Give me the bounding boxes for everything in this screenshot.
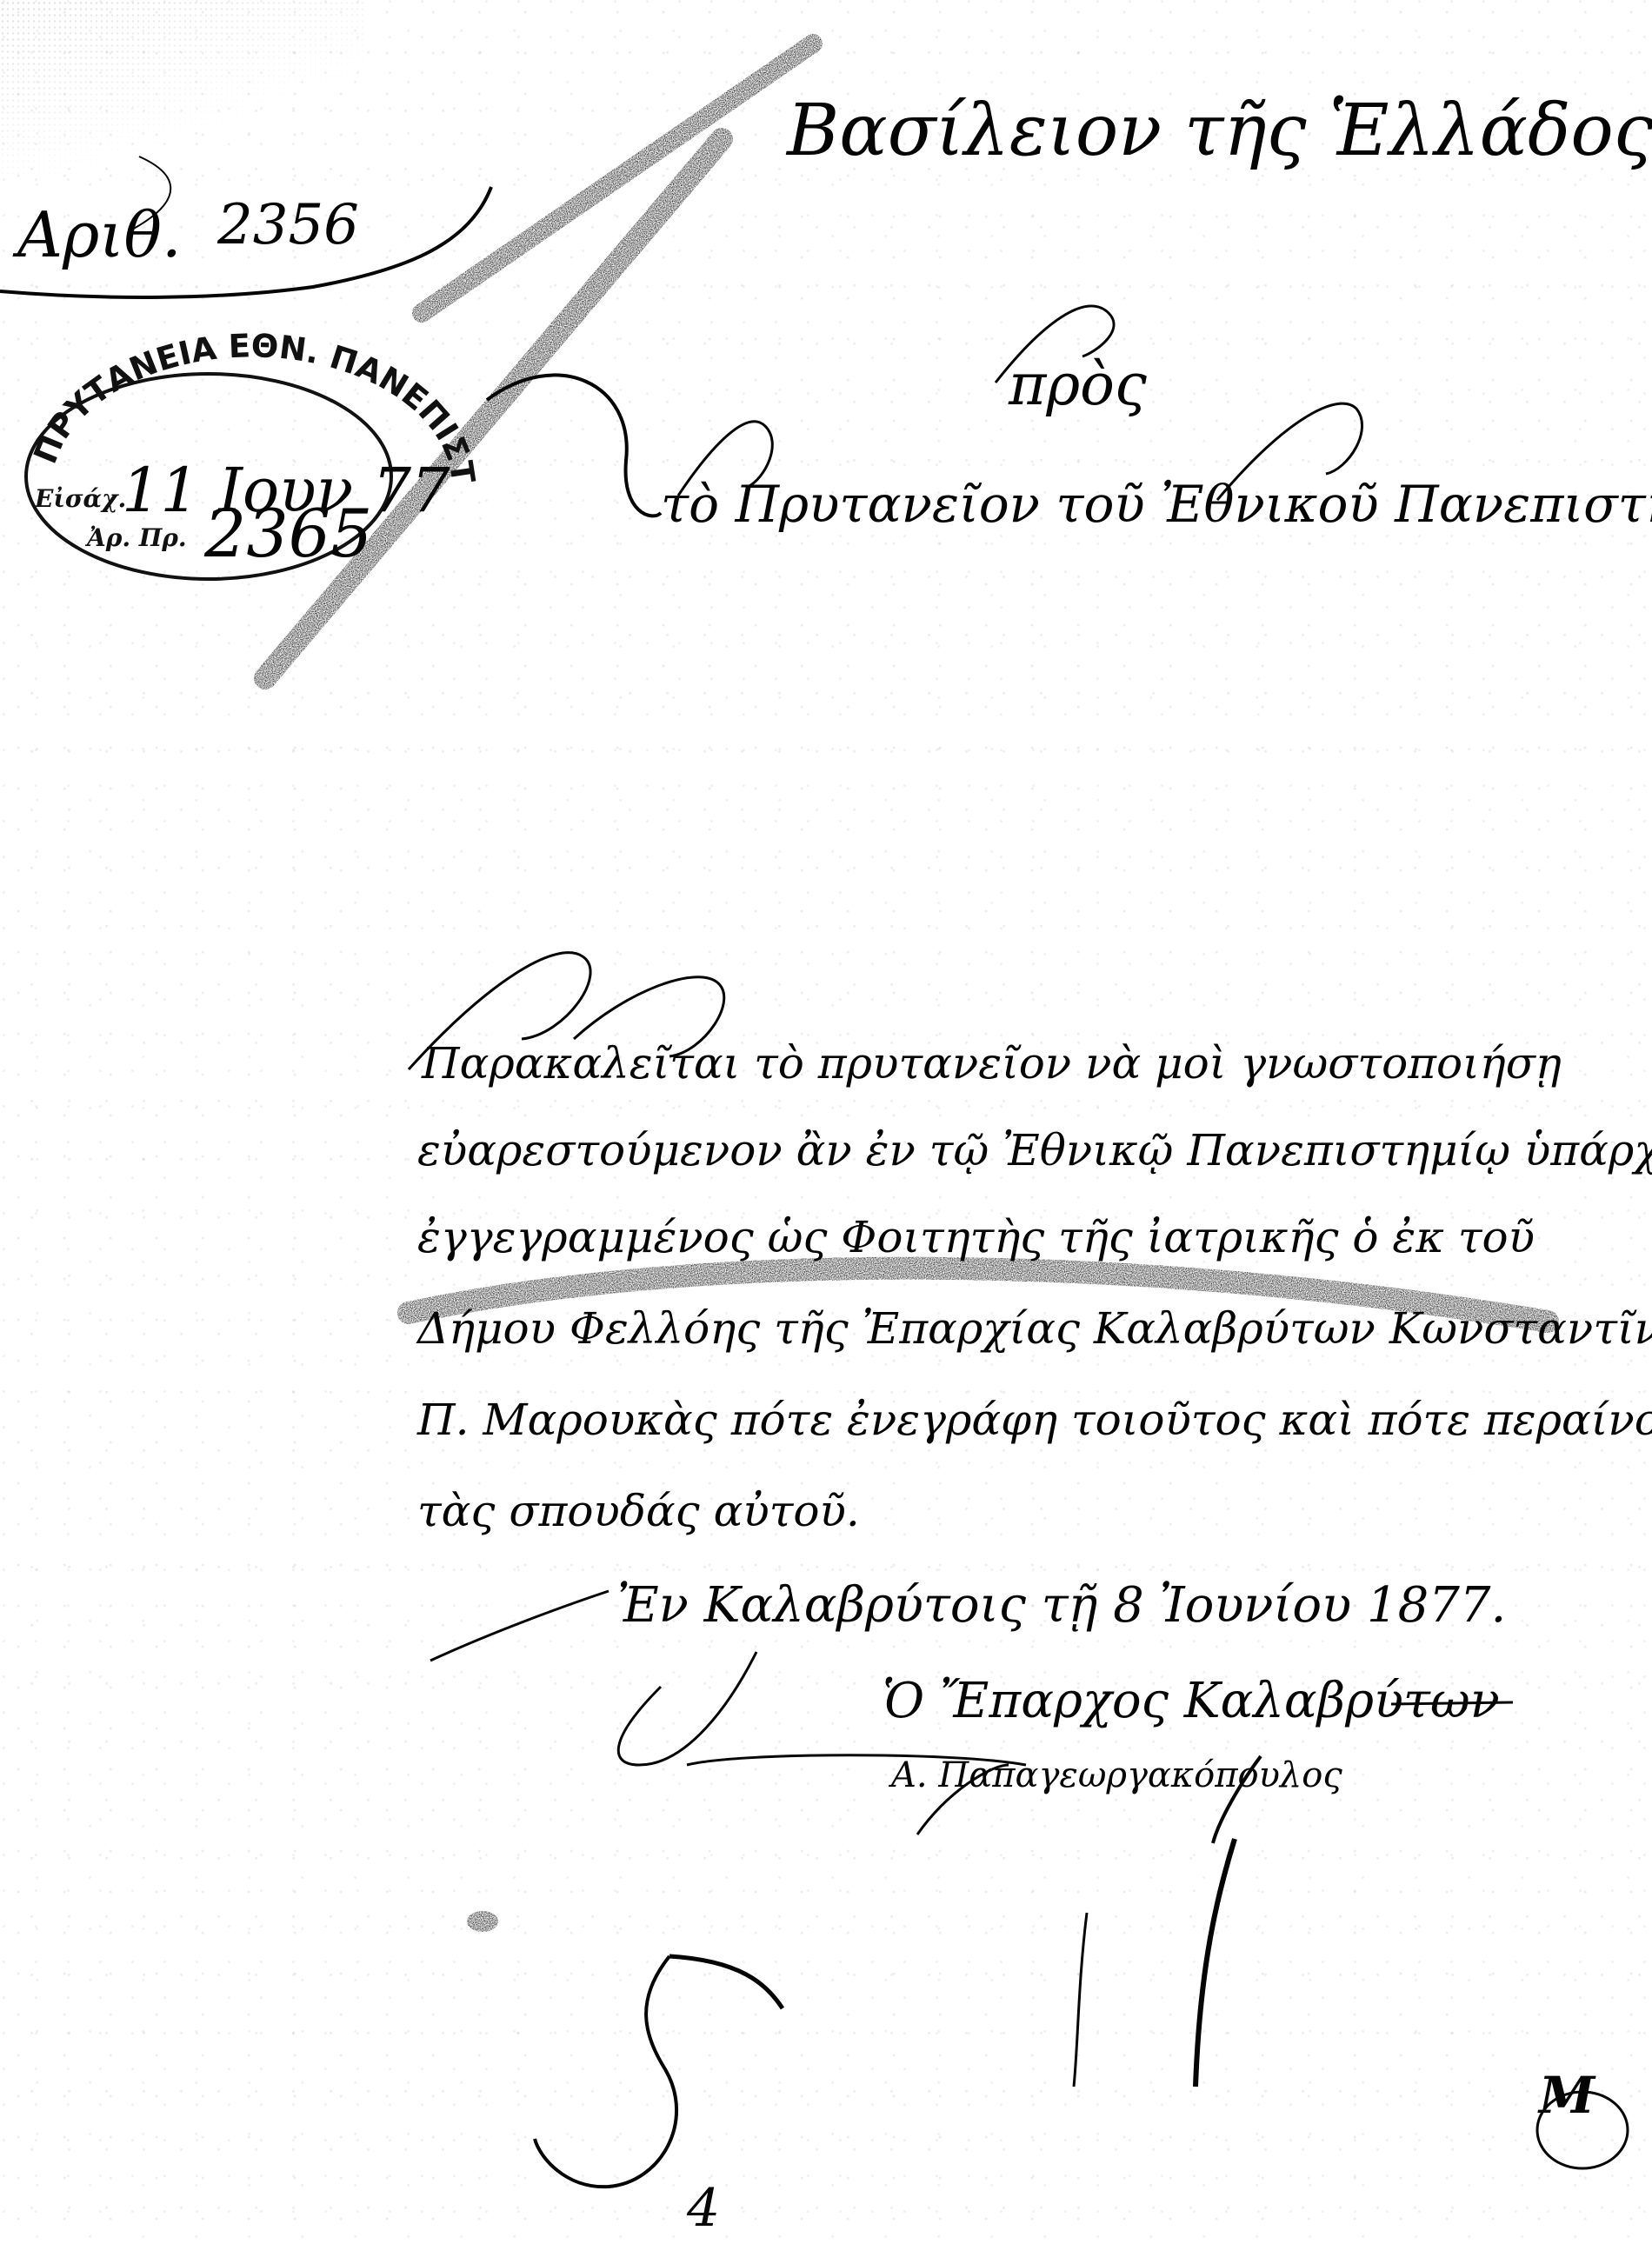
header-recipient: τὸ Πρυτανεῖον τοῦ Ἐθνικοῦ Πανεπιστημίου — [661, 475, 1652, 534]
initials-mark: Μ — [1537, 2066, 1596, 2125]
body-line-2: εὐαρεστούμενον ἂν ἐν τῷ Ἐθνικῷ Πανεπιστη… — [417, 1125, 1652, 1175]
marginalia: 4 Μ — [535, 1956, 1628, 2239]
stamp-received-label: Εἰσάχ. — [34, 484, 126, 513]
reference-number: Αριθ. 2356 — [0, 156, 491, 297]
ink-layer: Αριθ. 2356 ΠΡΥΤΑΝΕΙΑ ΕΘΝ. ΠΑΝΕΠΙΣΤ. Εἰσά… — [0, 0, 1652, 2244]
signatory-title: Ὁ Ἔπαρχος Καλαβρύτων — [883, 1673, 1500, 1729]
stamp-protocol-value: 2365 — [203, 495, 372, 572]
reference-label: Αριθ. — [12, 198, 182, 271]
signature: Α. Παπαγεωργακόπουλος — [888, 1755, 1342, 1795]
letter-closing: Ἐν Καλαβρύτοις τῇ 8 Ἰουνίου 1877. Ὁ Ἔπαρ… — [430, 1577, 1513, 2087]
header-pros: πρὸς — [1008, 351, 1147, 418]
stamp-protocol-label: Ἀρ. Πρ. — [84, 523, 187, 552]
folio-small-mark: 4 — [686, 2178, 720, 2239]
received-stamp: ΠΡΥΤΑΝΕΙΑ ΕΘΝ. ΠΑΝΕΠΙΣΤ. Εἰσάχ. 11 Ιουν … — [0, 0, 482, 579]
body-line-4: Δήμου Φελλόης τῆς Ἐπαρχίας Καλαβρύτων Κω… — [416, 1303, 1652, 1354]
closing-place-date: Ἐν Καλαβρύτοις τῇ 8 Ἰουνίου 1877. — [617, 1577, 1506, 1634]
body-line-1: Παρακαλεῖται τὸ πρυτανεῖον νὰ μοὶ γνωστο… — [421, 1038, 1562, 1089]
body-line-6: τὰς σπουδάς αὐτοῦ. — [417, 1486, 860, 1536]
document-page: Αριθ. 2356 ΠΡΥΤΑΝΕΙΑ ΕΘΝ. ΠΑΝΕΠΙΣΤ. Εἰσά… — [0, 0, 1652, 2244]
body-line-5: Π. Μαρουκὰς πότε ἐνεγράφη τοιοῦτος καὶ π… — [416, 1395, 1652, 1445]
reference-value: 2356 — [216, 193, 359, 257]
header-kingdom: Βασίλειον τῆς Ἑλλάδος — [785, 90, 1652, 172]
body-line-3: ἐγγεγραμμένος ὡς Φοιτητὴς τῆς ἰατρικῆς ὁ… — [417, 1212, 1535, 1262]
letter-body: Παρακαλεῖται τὸ πρυτανεῖον νὰ μοὶ γνωστο… — [409, 953, 1652, 1536]
